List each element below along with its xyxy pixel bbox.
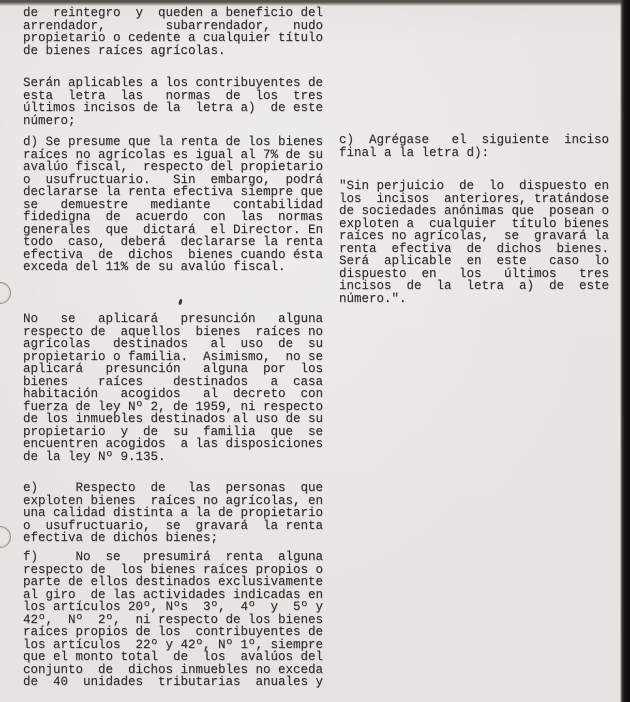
text-line: agrícolas destinados al uso de su bbox=[23, 338, 323, 351]
punch-hole bbox=[0, 526, 11, 548]
text-line: habitación acogidos al decreto con bbox=[23, 388, 323, 401]
paragraph: f) No se presumirá renta algunarespecto … bbox=[23, 551, 323, 689]
text-line: de reintegro y queden a beneficio del bbox=[23, 7, 323, 20]
text-line: avalúo fiscal, respecto del propietario bbox=[23, 161, 323, 174]
text-line: una calidad distinta a la de propietario bbox=[23, 507, 323, 520]
paragraph: c) Agrégase el siguiente incisofinal a l… bbox=[339, 134, 609, 159]
text-line: de sociedades anónimas que posean o bbox=[339, 205, 609, 218]
text-line: declararse la renta efectiva siempre que bbox=[23, 186, 323, 199]
text-line: No se aplicará presunción alguna bbox=[23, 313, 323, 326]
text-line: parte de ellos destinados exclusivamente bbox=[23, 576, 323, 589]
text-line: raíces propios de los contribuyentes de bbox=[23, 626, 323, 639]
scan-right-edge bbox=[620, 0, 630, 702]
text-line: incisos de la letra a) de este bbox=[339, 280, 609, 293]
text-line: f) No se presumirá renta alguna bbox=[23, 551, 323, 564]
text-line: exceda del 11% de su avalúo fiscal. bbox=[23, 261, 323, 274]
text-line: de 40 unidades tributarias anuales y bbox=[23, 676, 323, 689]
text-line: efectiva de dichos bienes; bbox=[23, 532, 323, 545]
text-line: encuentren acogidos a las disposiciones bbox=[23, 438, 323, 451]
paragraph: de reintegro y queden a beneficio delarr… bbox=[23, 7, 323, 57]
text-line: que el monto total de los avalúos del bbox=[23, 651, 323, 664]
text-line: número; bbox=[23, 115, 323, 128]
text-line: aplicará presunción alguna por los bbox=[23, 363, 323, 376]
text-line: los artículos 20º, Nºs 3º, 4º y 5º y bbox=[23, 601, 323, 614]
text-line: Serán aplicables a los contribuyentes de bbox=[23, 77, 323, 90]
text-line: final a la letra d): bbox=[339, 147, 609, 160]
text-line: número.". bbox=[339, 293, 609, 306]
text-line: Será aplicable en este caso lo bbox=[339, 255, 609, 268]
text-line: propietario o cedente a cualquier título bbox=[23, 32, 323, 45]
paragraph: d) Se presume que la renta de los bienes… bbox=[23, 136, 323, 274]
text-line: "Sin perjuicio de lo dispuesto en bbox=[339, 180, 609, 193]
text-line: e) Respecto de las personas que bbox=[23, 482, 323, 495]
paragraph: "Sin perjuicio de lo dispuesto enlos inc… bbox=[339, 180, 609, 305]
scanned-page: de reintegro y queden a beneficio delarr… bbox=[0, 0, 630, 702]
punch-hole bbox=[0, 282, 11, 304]
text-line: fidedigna de acuerdo con las normas bbox=[23, 211, 323, 224]
left-text-column: de reintegro y queden a beneficio delarr… bbox=[23, 0, 328, 702]
right-text-column: c) Agrégase el siguiente incisofinal a l… bbox=[339, 0, 614, 702]
paragraph: Serán aplicables a los contribuyentes de… bbox=[23, 77, 323, 127]
text-line: d) Se presume que la renta de los bienes bbox=[23, 136, 323, 149]
paragraph: No se aplicará presunción algunarespecto… bbox=[23, 313, 323, 463]
text-line: de los inmuebles destinados al uso de su bbox=[23, 413, 323, 426]
text-line: de la ley Nº 9.135. bbox=[23, 451, 323, 464]
text-line: de bienes raíces agrícolas. bbox=[23, 45, 323, 58]
text-line: últimos incisos de la letra a) de este bbox=[23, 102, 323, 115]
text-line: c) Agrégase el siguiente inciso bbox=[339, 134, 609, 147]
text-line: raíces no agrícolas, se gravará la bbox=[339, 230, 609, 243]
text-line: todo caso, deberá declararse la renta bbox=[23, 236, 323, 249]
paragraph: e) Respecto de las personas queexploten … bbox=[23, 482, 323, 545]
